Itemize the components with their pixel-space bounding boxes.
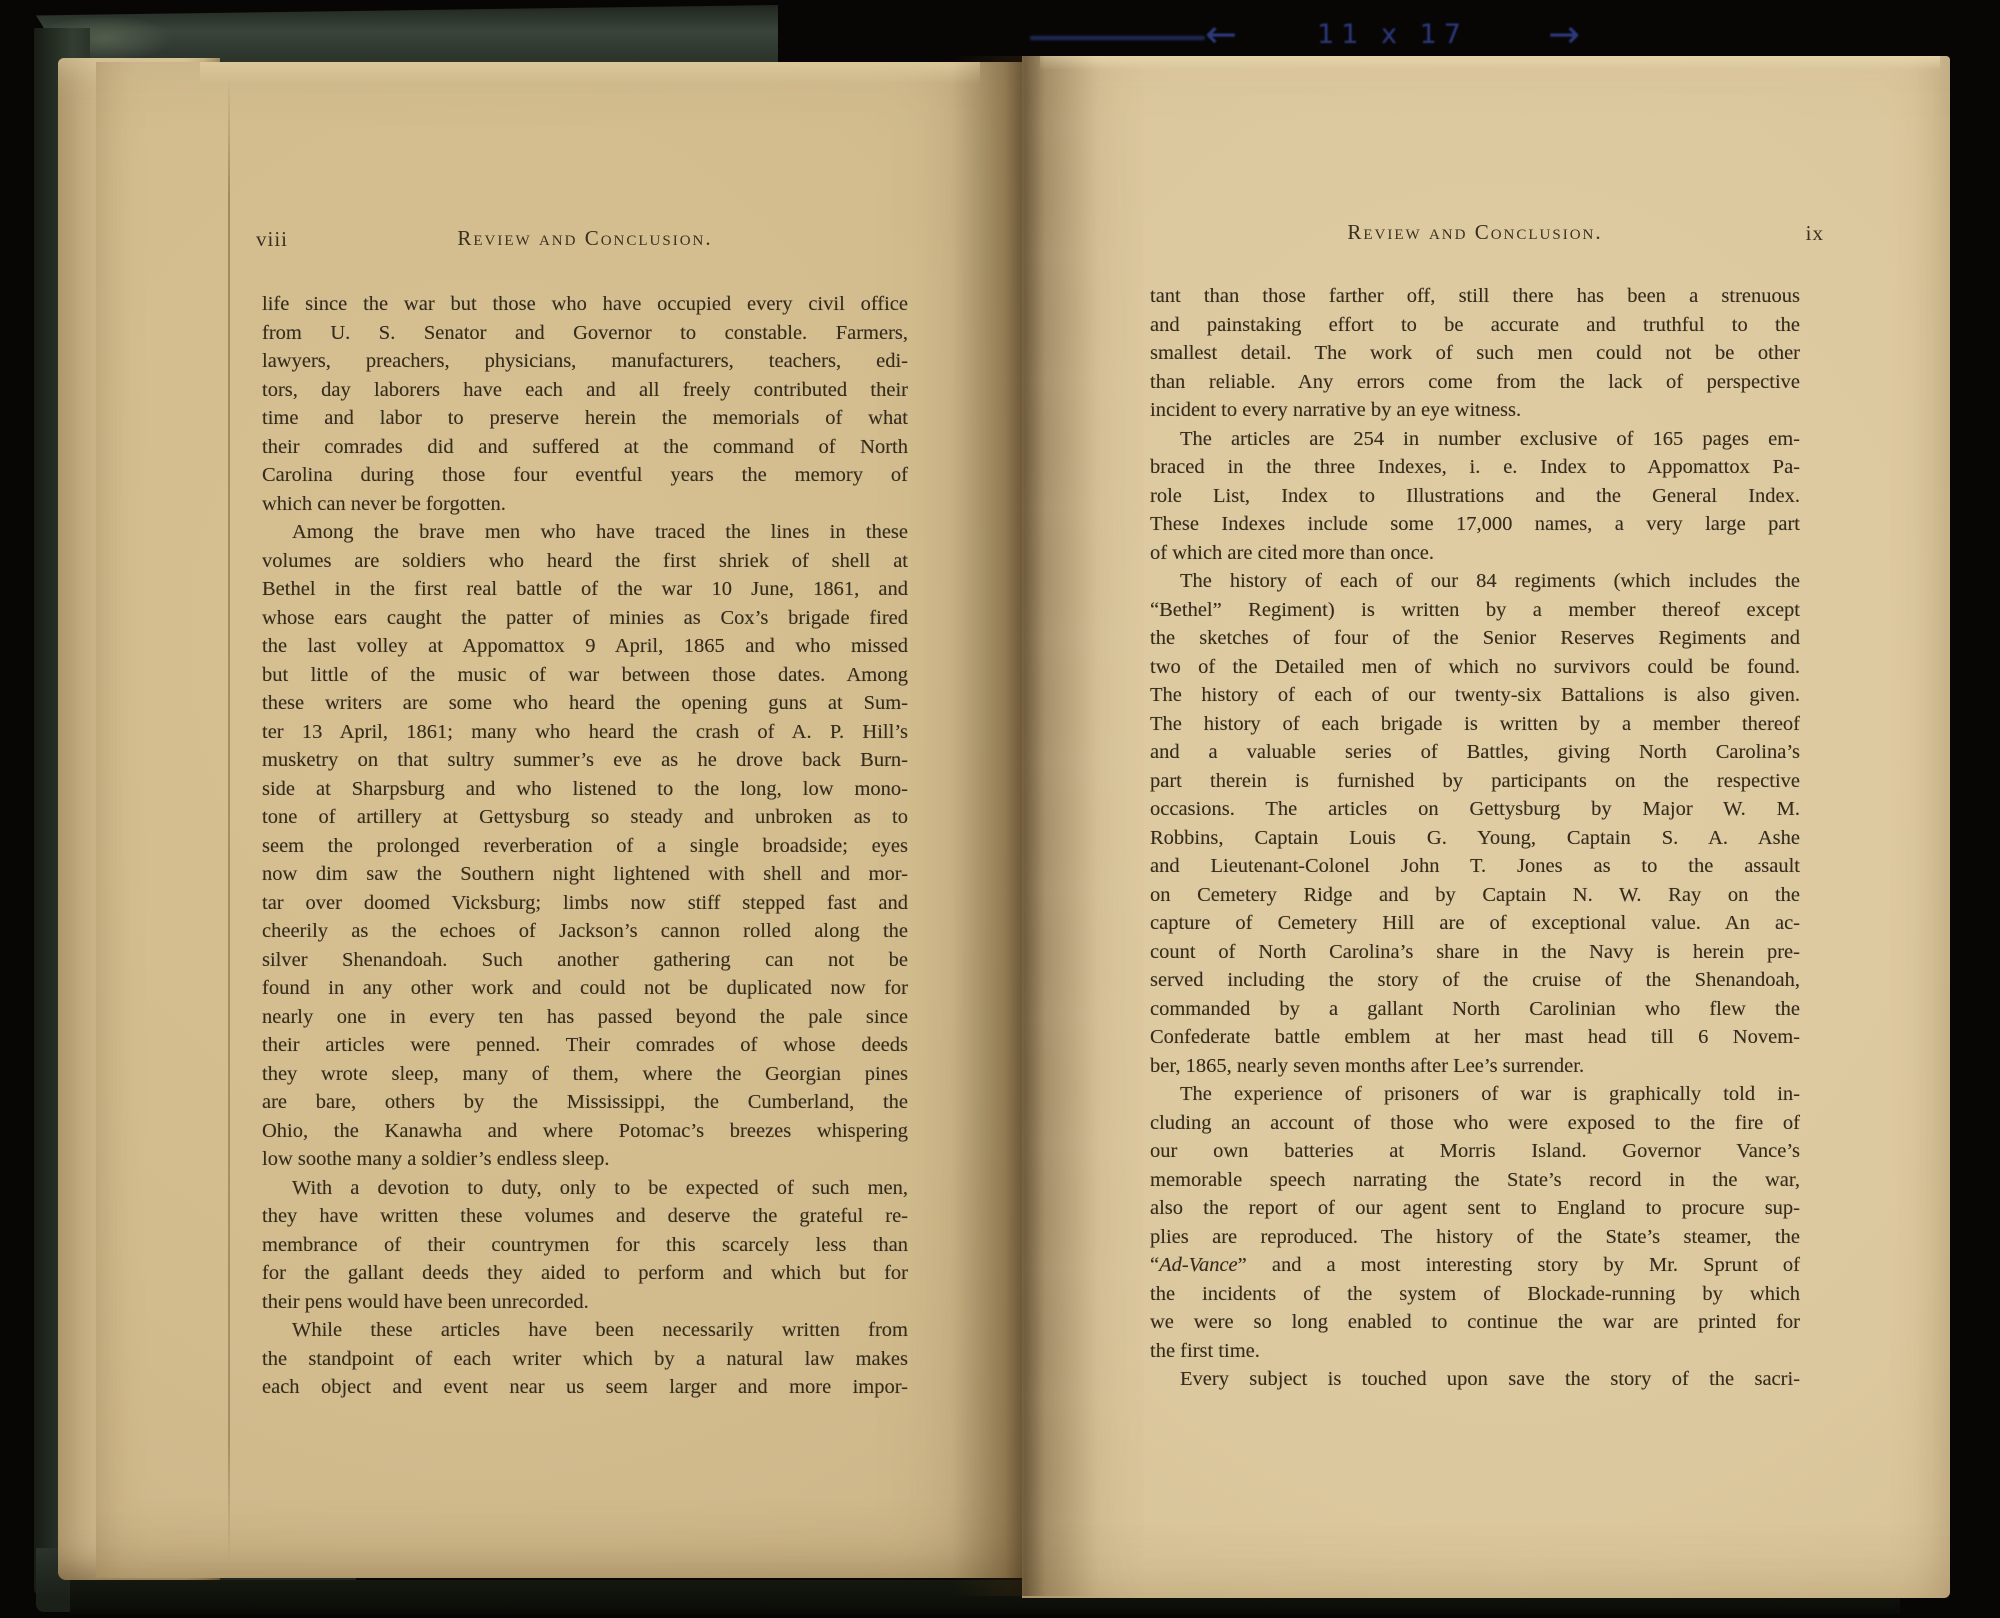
ruler-mark-line [1030,36,1205,40]
text-line: incident to every narrative by an eye wi… [1150,396,1800,425]
left-page-top-edge [200,62,980,84]
text-line: the standpoint of each writer which by a… [262,1345,908,1374]
text-line: these writers are some who heard the ope… [262,689,908,718]
right-page-number: ix [1806,221,1824,246]
left-arrow-icon: ← [1205,15,1237,53]
text-line: Robbins, Captain Louis G. Young, Captain… [1150,824,1800,853]
text-line: which can never be forgotten. [262,490,908,519]
ruler-size-label: 11 x 17 [1317,19,1468,50]
book-gutter-shadow [952,56,1098,1596]
text-line: each object and event near us seem large… [262,1373,908,1402]
text-line: also the report of our agent sent to Eng… [1150,1194,1800,1223]
text-line: whose ears caught the patter of minies a… [262,604,908,633]
text-line: two of the Detailed men of which no surv… [1150,653,1800,682]
text-line: tar over doomed Vicksburg; limbs now sti… [262,889,908,918]
text-line: plies are reproduced. The history of the… [1150,1223,1800,1252]
text-line: for the gallant deeds they aided to perf… [262,1259,908,1288]
text-line: capture of Cemetery Hill are of exceptio… [1150,909,1800,938]
text-line: nearly one in every ten has passed beyon… [262,1003,908,1032]
text-line: Carolina during those four eventful year… [262,461,908,490]
text-line: lawyers, preachers, physicians, manufact… [262,347,908,376]
text-line: the sketches of four of the Senior Reser… [1150,624,1800,653]
text-line: role List, Index to Illustrations and th… [1150,482,1800,511]
left-page-text-block: life since the war but those who have oc… [262,290,908,1402]
text-line: volumes are soldiers who heard the first… [262,547,908,576]
text-line: The articles are 254 in number exclusive… [1150,425,1800,454]
text-line: the first time. [1150,1337,1800,1366]
text-line: we were so long enabled to continue the … [1150,1308,1800,1337]
text-line: time and labor to preserve herein the me… [262,404,908,433]
text-line: and painstaking effort to be accurate an… [1150,311,1800,340]
text-line: silver Shenandoah. Such another gatherin… [262,946,908,975]
left-page-number: viii [256,227,288,252]
text-line: braced in the three Indexes, i. e. Index… [1150,453,1800,482]
text-line: our own batteries at Morris Island. Gove… [1150,1137,1800,1166]
text-line: served including the story of the cruise… [1150,966,1800,995]
text-line: their comrades did and suffered at the c… [262,433,908,462]
ruler-size-annotation: ← 11 x 17 → [1205,8,1580,60]
right-arrow-icon: → [1548,15,1580,53]
text-line: the last volley at Appomattox 9 April, 1… [262,632,908,661]
text-line: ber, 1865, nearly seven months after Lee… [1150,1052,1800,1081]
right-page-text-block: tant than those farther off, still there… [1150,282,1800,1394]
left-page-crease [228,78,230,1562]
text-line: Every subject is touched upon save the s… [1150,1365,1800,1394]
text-line: now dim saw the Southern night lightened… [262,860,908,889]
right-running-head: Review and Conclusion. ix [1150,220,1800,250]
text-line: musketry on that sultry summer’s eve as … [262,746,908,775]
left-running-head: viii Review and Conclusion. [262,226,908,256]
text-line: but little of the music of war between t… [262,661,908,690]
text-line: The history of each of our 84 regiments … [1150,567,1800,596]
text-line: and a valuable series of Battles, giving… [1150,738,1800,767]
text-line: from U. S. Senator and Governor to const… [262,319,908,348]
text-line: The history of each of our twenty-six Ba… [1150,681,1800,710]
right-page-top-edge [1040,56,1940,70]
text-line: memorable speech narrating the State’s r… [1150,1166,1800,1195]
text-line: count of North Carolina’s share in the N… [1150,938,1800,967]
left-running-title: Review and Conclusion. [262,226,908,251]
text-line: ter 13 April, 1861; many who heard the c… [262,718,908,747]
text-line: The experience of prisoners of war is gr… [1150,1080,1800,1109]
text-line: their articles were penned. Their comrad… [262,1031,908,1060]
text-line: on Cemetery Ridge and by Captain N. W. R… [1150,881,1800,910]
text-line: their pens would have been unrecorded. [262,1288,908,1317]
text-line: occasions. The articles on Gettysburg by… [1150,795,1800,824]
text-line: cheerily as the echoes of Jackson’s cann… [262,917,908,946]
text-line: commanded by a gallant North Carolinian … [1150,995,1800,1024]
right-running-title: Review and Conclusion. [1150,220,1800,245]
text-line: “Bethel” Regiment) is written by a membe… [1150,596,1800,625]
text-line: tors, day laborers have each and all fre… [262,376,908,405]
text-line: life since the war but those who have oc… [262,290,908,319]
text-line: and Lieutenant-Colonel John T. Jones as … [1150,852,1800,881]
text-line: Bethel in the first real battle of the w… [262,575,908,604]
scanned-book-spread: { "scan": { "ruler": { "left_arrow": "←"… [0,0,2000,1618]
text-line: are bare, others by the Mississippi, the… [262,1088,908,1117]
text-line: part therein is furnished by participant… [1150,767,1800,796]
text-line: they wrote sleep, many of them, where th… [262,1060,908,1089]
text-line: they have written these volumes and dese… [262,1202,908,1231]
text-line: membrance of their countrymen for this s… [262,1231,908,1260]
text-line: cluding an account of those who were exp… [1150,1109,1800,1138]
text-line: found in any other work and could not be… [262,974,908,1003]
text-line: These Indexes include some 17,000 names,… [1150,510,1800,539]
text-line: of which are cited more than once. [1150,539,1800,568]
text-line: While these articles have been necessari… [262,1316,908,1345]
text-line: Confederate battle emblem at her mast he… [1150,1023,1800,1052]
text-line: The history of each brigade is written b… [1150,710,1800,739]
text-line: than reliable. Any errors come from the … [1150,368,1800,397]
text-line: tone of artillery at Gettysburg so stead… [262,803,908,832]
text-line: “Ad-Vance” and a most interesting story … [1150,1251,1800,1280]
text-line: Ohio, the Kanawha and where Potomac’s br… [262,1117,908,1146]
text-line: Among the brave men who have traced the … [262,518,908,547]
text-line: With a devotion to duty, only to be expe… [262,1174,908,1203]
text-line: side at Sharpsburg and who listened to t… [262,775,908,804]
text-line: tant than those farther off, still there… [1150,282,1800,311]
text-line: low soothe many a soldier’s endless slee… [262,1145,908,1174]
text-line: seem the prolonged reverberation of a si… [262,832,908,861]
text-line: the incidents of the system of Blockade-… [1150,1280,1800,1309]
text-line: smallest detail. The work of such men co… [1150,339,1800,368]
